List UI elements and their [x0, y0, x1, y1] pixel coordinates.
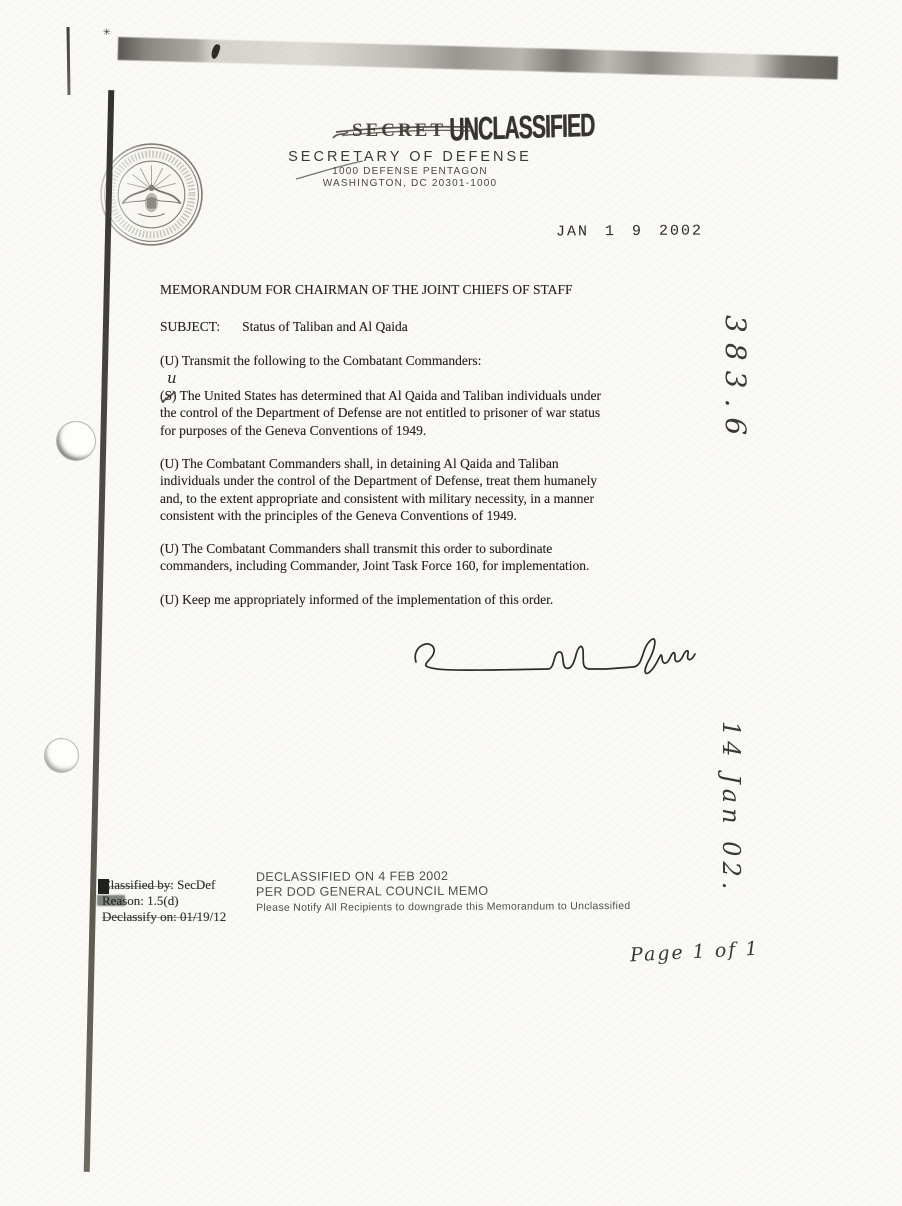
rumsfeld-signature-icon: [398, 620, 698, 700]
page-edge-line: [84, 90, 115, 1172]
department-of-defense-seal-icon: [98, 141, 205, 248]
memo-paragraph-2: (S) The United States has determined tha…: [160, 387, 601, 439]
subject-label: SUBJECT:: [160, 319, 220, 334]
memo-paragraph-line: for purposes of the Geneva Conventions o…: [160, 422, 601, 439]
memo-paragraph-5: (U) Keep me appropriately informed of th…: [160, 591, 553, 608]
memo-paragraph-line: commanders, including Commander, Joint T…: [160, 557, 589, 574]
memo-paragraph-4: (U) The Combatant Commanders shall trans…: [160, 540, 589, 575]
margin-note-page: Page 1 of 1: [630, 938, 760, 967]
memo-heading: MEMORANDUM FOR CHAIRMAN OF THE JOINT CHI…: [160, 281, 573, 298]
memo-paragraph-line: (U) The Combatant Commanders shall, in d…: [160, 455, 597, 472]
declass-stamp-line-3: Please Notify All Recipients to downgrad…: [256, 899, 630, 915]
subject-text: Status of Taliban and Al Qaida: [242, 319, 408, 334]
subject-line: SUBJECT:Status of Taliban and Al Qaida: [160, 318, 408, 335]
memo-paragraph-line: (U) Keep me appropriately informed of th…: [160, 591, 553, 608]
memo-paragraph-line: individuals under the control of the Dep…: [160, 472, 597, 489]
hole-punch-top: [56, 421, 96, 461]
scanned-memo-page: ✳ SECRET UNCLASSIFIED SECRETARY OF DEFEN…: [0, 0, 902, 1206]
memo-paragraph-line: (U) The Combatant Commanders shall trans…: [160, 540, 589, 557]
declassification-stamp: DECLASSIFIED ON 4 FEB 2002 PER DOD GENER…: [256, 868, 631, 915]
date-stamp: JAN 1 9 2002: [556, 222, 703, 240]
scan-speck: ✳: [103, 28, 111, 38]
handwritten-u-annotation: u: [167, 369, 177, 387]
memo-paragraph-1: (U) Transmit the following to the Combat…: [160, 352, 481, 369]
memo-paragraph-line: and, to the extent appropriate and consi…: [160, 490, 597, 507]
memo-paragraph-line: consistent with the principles of the Ge…: [160, 507, 597, 524]
memo-paragraph-line: the control of the Department of Defense…: [160, 404, 601, 421]
redaction-smear: [97, 895, 125, 906]
memo-paragraph-line: (S) The United States has determined tha…: [160, 387, 601, 404]
margin-note-file-number: 383.6: [719, 315, 752, 445]
strike-mark: [102, 917, 200, 918]
classified-by-line: Classified by: SecDef: [102, 877, 226, 893]
hole-punch-bottom: [44, 738, 79, 773]
page-edge-line-short: [67, 27, 71, 95]
scan-artifact-band: [118, 37, 838, 79]
strikethrough-pen-marks-icon: [330, 108, 480, 148]
margin-note-date: 14 Jan 02.: [717, 721, 745, 894]
pen-stroke-tail-icon: [293, 156, 368, 182]
memo-paragraph-3: (U) The Combatant Commanders shall, in d…: [160, 455, 597, 525]
declass-stamp-line-2: PER DOD GENERAL COUNCIL MEMO: [256, 883, 630, 900]
strike-mark: [100, 886, 172, 887]
memo-paragraph-line: (U) Transmit the following to the Combat…: [160, 352, 481, 369]
